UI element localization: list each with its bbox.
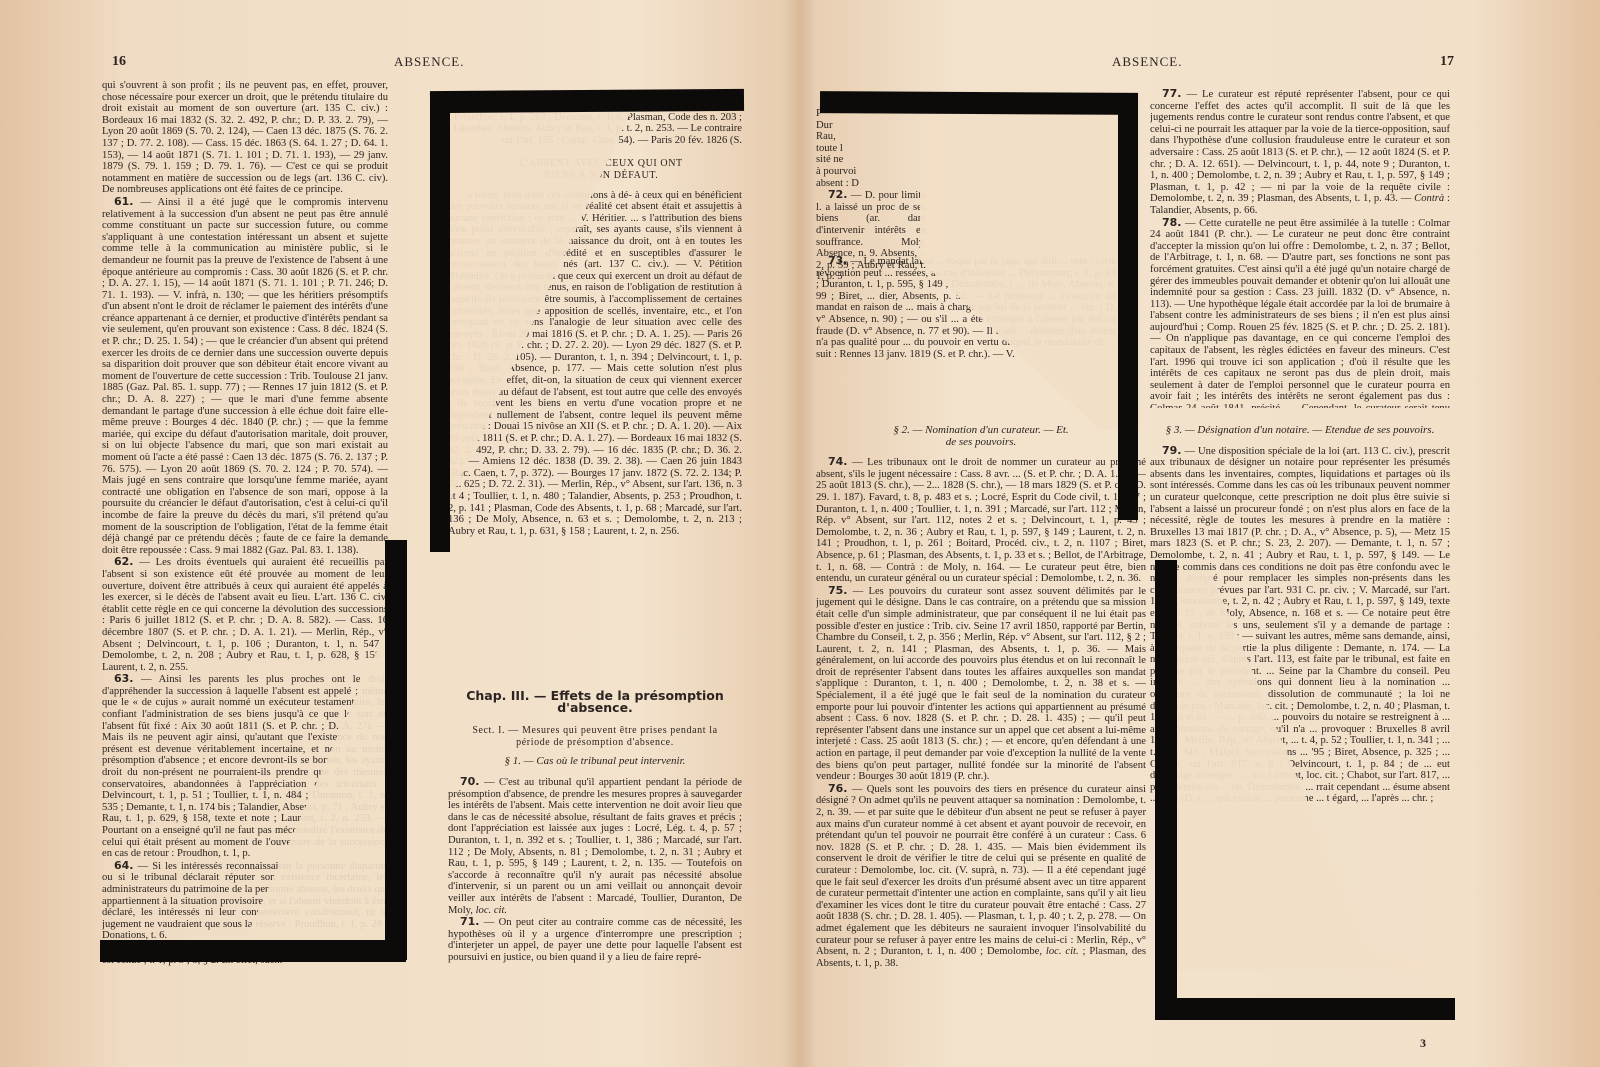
paragraph-heading: § 3. — Désignation d'un notaire. — Etend… (1150, 425, 1450, 437)
black-marker-stroke (1155, 998, 1455, 1020)
faded-overlay (100, 540, 400, 960)
article-75: 75. — Les pouvoirs du curateur sont asse… (816, 585, 1146, 783)
book-spread: 16 ABSENCE. qui s'ouvrent à son profit ;… (0, 0, 1600, 1067)
right-column-1-lower: § 2. — Nomination d'un curateur. — Et. d… (816, 425, 1146, 1035)
black-marker-stroke (385, 540, 407, 960)
article-74: 74. — Les tribunaux ont le droit de nomm… (816, 456, 1146, 585)
right-column-2-upper: 77. — Le curateur est réputé représenter… (1150, 88, 1450, 408)
left-column-2-lower: Chap. III. — Effets de la présomption d'… (448, 690, 742, 990)
black-marker-stroke (430, 89, 744, 113)
paragraph-heading: § 2. — Nomination d'un curateur. — Et. (816, 425, 1146, 437)
right-page: ABSENCE. 17 P Dur Rau, toute l sité ne à… (800, 0, 1600, 1067)
black-marker-stroke (100, 940, 406, 962)
running-head-right: ABSENCE. (1112, 54, 1182, 70)
faded-overlay (900, 100, 1140, 430)
faded-overlay (1170, 570, 1450, 970)
running-head-left: ABSENCE. (394, 54, 464, 70)
article-71: 71. — On peut citer au contraire comme c… (448, 916, 742, 963)
page-number-left: 16 (112, 54, 126, 70)
black-marker-stroke (1118, 100, 1138, 520)
left-page: 16 ABSENCE. qui s'ouvrent à son profit ;… (0, 0, 800, 1067)
black-marker-stroke (1155, 560, 1177, 1020)
chapter-heading: Chap. III. — Effets de la présomption d'… (448, 690, 742, 713)
faded-overlay (440, 92, 740, 522)
page-number-right: 17 (1440, 54, 1454, 70)
black-marker-stroke (820, 91, 1138, 115)
article-77: 77. — Le curateur est réputé représenter… (1150, 88, 1450, 217)
section-heading: période de présomption d'absence. (448, 737, 742, 749)
article-61: 61. — Ainsi il a été jugé que le comprom… (102, 196, 388, 556)
signature-mark: 3 (1420, 1036, 1426, 1051)
article-70: 70. — C'est au tribunal qu'il appartient… (448, 776, 742, 916)
paragraph-heading: de ses pouvoirs. (816, 437, 1146, 449)
black-marker-stroke (430, 92, 450, 552)
article-76: 76. — Quels sont les pouvoirs des tiers … (816, 783, 1146, 970)
paragraph-heading: § 1. — Cas où le tribunal peut interveni… (448, 756, 742, 768)
paragraph: qui s'ouvrent à son profit ; ils ne peuv… (102, 80, 388, 196)
section-heading: Sect. I. — Mesures qui peuvent être pris… (448, 725, 742, 737)
article-78: 78. — Cette curatelle ne peut être assim… (1150, 217, 1450, 408)
